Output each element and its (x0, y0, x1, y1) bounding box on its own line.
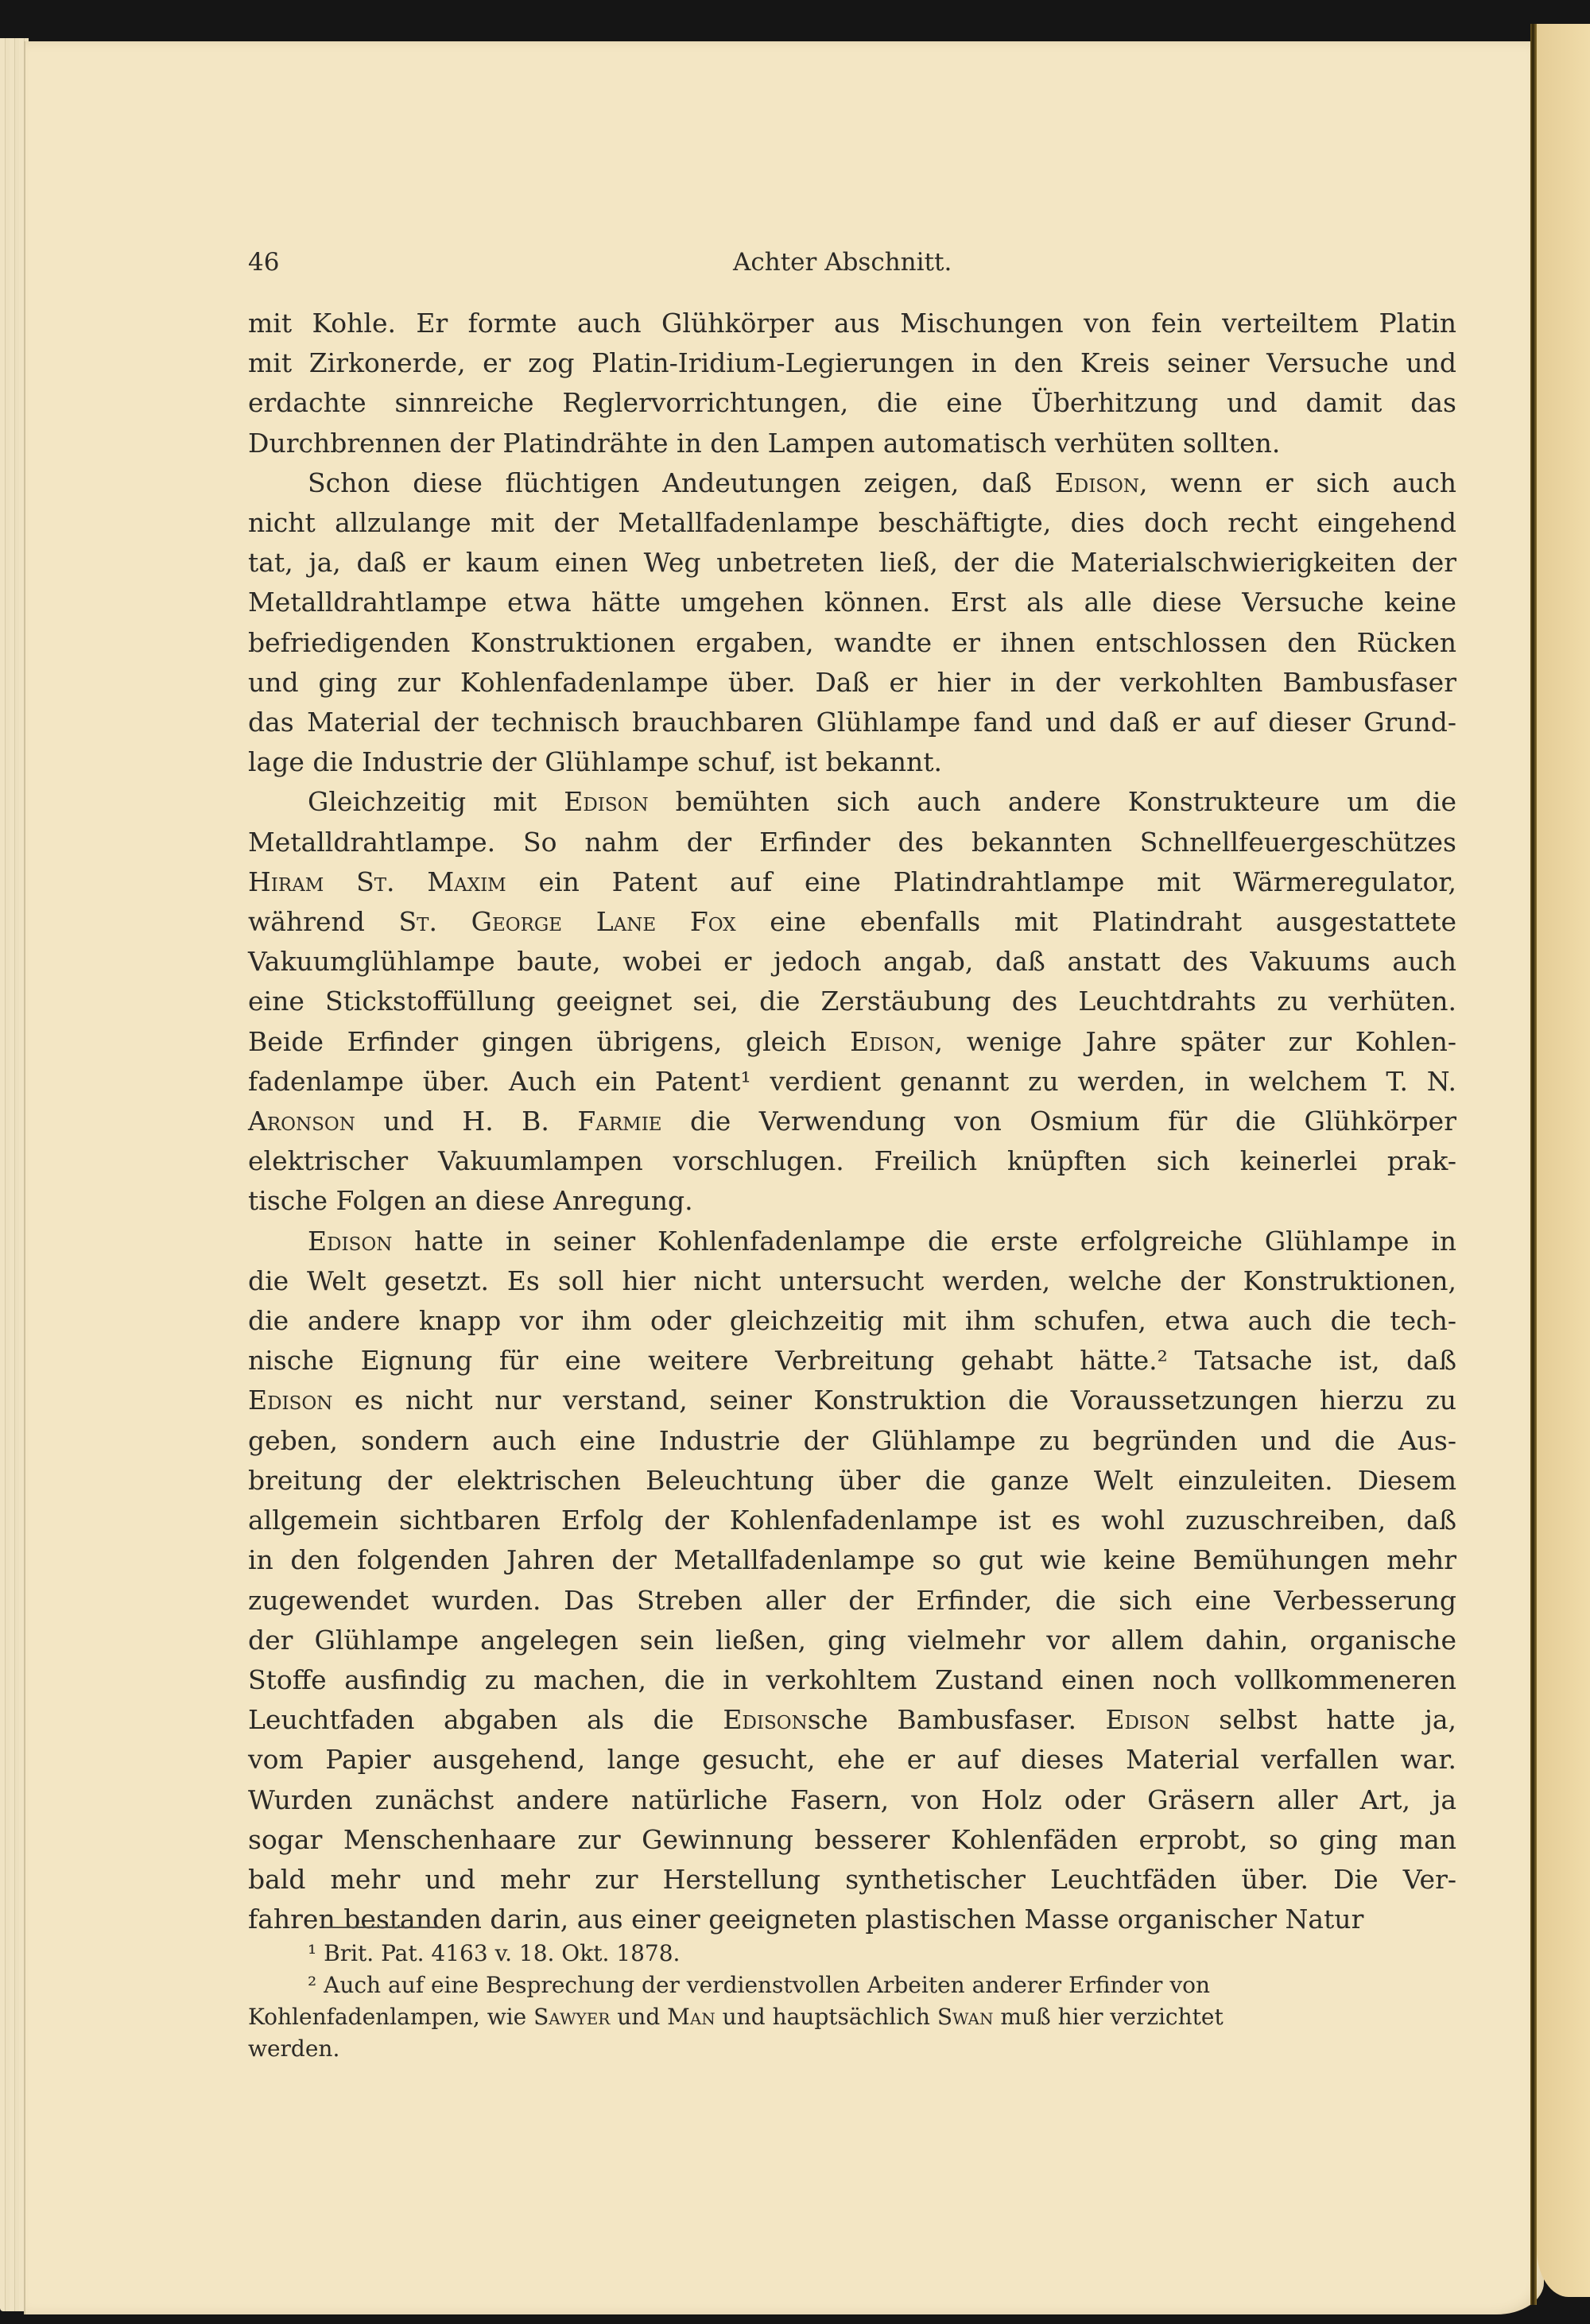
text-line: Gleichzeitig mit Edison bemühten sich au… (248, 782, 1456, 822)
text-line: Aronson und H. B. Farmie die Verwendung … (248, 1102, 1456, 1141)
text-line: Durchbrennen der Platindrähte in den Lam… (248, 424, 1456, 463)
page-number: 46 (248, 248, 279, 277)
footnotes: ¹ Brit. Pat. 4163 v. 18. Okt. 1878.² Auc… (248, 1938, 1456, 2065)
text-line: Leuchtfaden abgaben als die Edisonsche B… (248, 1700, 1456, 1740)
text-line: die Welt gesetzt. Es soll hier nicht unt… (248, 1261, 1456, 1301)
text-line: Edison es nicht nur verstand, seiner Kon… (248, 1381, 1456, 1420)
footnote-line: Kohlenfadenlampen, wie Sawyer und Man un… (248, 2001, 1456, 2033)
text-line: breitung der elektrischen Beleuchtung üb… (248, 1461, 1456, 1501)
text-line: fahren bestanden darin, aus einer geeign… (248, 1900, 1456, 1939)
book-gutter (1530, 24, 1537, 2305)
text-line: der Glühlampe angelegen sein ließen, gin… (248, 1621, 1456, 1660)
text-line: Metalldrahtlampe etwa hätte umgehen könn… (248, 583, 1456, 622)
text-line: geben, sondern auch eine Industrie der G… (248, 1421, 1456, 1461)
body-text: mit Kohle. Er formte auch Glühkörper aus… (248, 304, 1456, 1939)
text-line: nicht allzulange mit der Metallfadenlamp… (248, 503, 1456, 543)
text-line: Hiram St. Maxim ein Patent auf eine Plat… (248, 862, 1456, 902)
text-line: mit Zirkonerde, er zog Platin-Iridium-Le… (248, 343, 1456, 383)
text-line: während St. George Lane Fox eine ebenfal… (248, 902, 1456, 942)
text-line: befriedigenden Konstruktionen ergaben, w… (248, 623, 1456, 663)
text-line: eine Stickstoffüllung geeignet sei, die … (248, 982, 1456, 1021)
text-line: Beide Erfinder gingen übrigens, gleich E… (248, 1022, 1456, 1062)
text-line: tat, ja, daß er kaum einen Weg unbetrete… (248, 543, 1456, 583)
text-line: allgemein sichtbaren Erfolg der Kohlenfa… (248, 1501, 1456, 1540)
text-line: bald mehr und mehr zur Herstellung synth… (248, 1860, 1456, 1900)
text-line: das Material der technisch brauchbaren G… (248, 703, 1456, 742)
text-line: nische Eignung für eine weitere Verbreit… (248, 1341, 1456, 1381)
text-line: mit Kohle. Er formte auch Glühkörper aus… (248, 304, 1456, 343)
paragraph: Gleichzeitig mit Edison bemühten sich au… (248, 782, 1456, 1221)
running-header: 46 Achter Abschnitt. (248, 248, 1456, 280)
text-line: Stoffe ausfindig zu machen, die in verko… (248, 1660, 1456, 1700)
text-line: in den folgenden Jahren der Metallfadenl… (248, 1540, 1456, 1580)
text-line: tische Folgen an diese Anregung. (248, 1181, 1456, 1221)
text-line: die andere knapp vor ihm oder gleichzeit… (248, 1301, 1456, 1341)
text-line: elektrischer Vakuumlampen vorschlugen. F… (248, 1141, 1456, 1181)
footnote-rule (324, 1927, 440, 1928)
text-line: zugewendet wurden. Das Streben aller der… (248, 1581, 1456, 1621)
text-line: Vakuumglühlampe baute, wobei er jedoch a… (248, 942, 1456, 982)
paragraph: mit Kohle. Er formte auch Glühkörper aus… (248, 304, 1456, 463)
facing-page-edge (1537, 24, 1590, 2297)
text-line: Schon diese flüchtigen Andeutungen zeige… (248, 463, 1456, 503)
paragraph: Schon diese flüchtigen Andeutungen zeige… (248, 463, 1456, 783)
text-line: lage die Industrie der Glühlampe schuf, … (248, 742, 1456, 782)
text-line: erdachte sinnreiche Reglervorrichtungen,… (248, 383, 1456, 423)
text-line: fadenlampe über. Auch ein Patent¹ verdie… (248, 1062, 1456, 1102)
text-line: Metalldrahtlampe. So nahm der Erfinder d… (248, 823, 1456, 862)
footnote-line: ² Auch auf eine Besprechung der verdiens… (248, 1970, 1456, 2001)
paragraph: Edison hatte in seiner Kohlenfadenlampe … (248, 1222, 1456, 1940)
running-title: Achter Abschnitt. (733, 248, 952, 277)
footnote-line: werden. (248, 2033, 1456, 2065)
text-line: vom Papier ausgehend, lange gesucht, ehe… (248, 1740, 1456, 1780)
text-line: Wurden zunächst andere natürliche Fasern… (248, 1780, 1456, 1820)
footnote-line: ¹ Brit. Pat. 4163 v. 18. Okt. 1878. (248, 1938, 1456, 1970)
text-line: sogar Menschenhaare zur Gewinnung besser… (248, 1820, 1456, 1860)
text-line: Edison hatte in seiner Kohlenfadenlampe … (248, 1222, 1456, 1261)
text-line: und ging zur Kohlenfadenlampe über. Daß … (248, 663, 1456, 703)
